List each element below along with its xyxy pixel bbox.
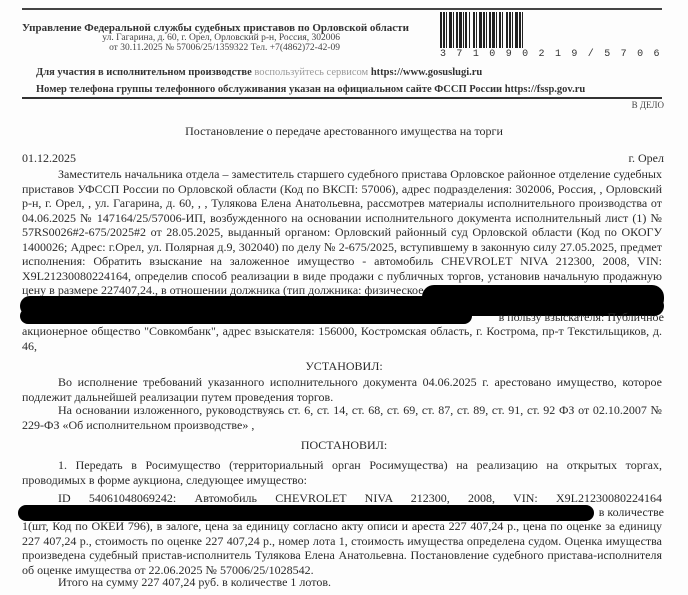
barcode-digit: 2 bbox=[539, 49, 546, 60]
property-details: 1(шт, Код по ОКЕИ 796), в залоге, цена з… bbox=[22, 519, 662, 577]
header-rule bbox=[22, 8, 662, 10]
barcode-digit: 0 bbox=[637, 49, 644, 60]
stamp-label: В ДЕЛО bbox=[632, 100, 664, 110]
registration-line: от 30.11.2025 № 57006/25/1359322 Тел. +7… bbox=[22, 43, 340, 53]
barcode-digit: 0 bbox=[489, 49, 496, 60]
intro-paragraph: Заместитель начальника отдела – заместит… bbox=[22, 167, 662, 298]
creditor-paragraph: акционерное общество "Совкомбанк", адрес… bbox=[22, 324, 662, 353]
established-paragraph: Во исполнение требований указанного испо… bbox=[22, 375, 662, 404]
barcode-digit: 6 bbox=[653, 49, 660, 60]
established-heading: УСТАНОВИЛ: bbox=[0, 359, 688, 374]
barcode-digit: 7 bbox=[621, 49, 628, 60]
barcode-digit: 7 bbox=[456, 49, 463, 60]
document-city: г. Орел bbox=[628, 151, 664, 166]
barcode bbox=[440, 12, 660, 48]
address-line: ул. Гагарина, д. 60, г. Орел, Орловский … bbox=[22, 33, 340, 43]
resolved-heading: ПОСТАНОВИЛ: bbox=[0, 438, 688, 453]
service-notice: Для участия в исполнительном производств… bbox=[36, 67, 482, 78]
barcode-digit: 1 bbox=[473, 49, 480, 60]
header-divider bbox=[22, 97, 662, 99]
document-date: 01.12.2025 bbox=[22, 151, 76, 166]
barcode-digit: 1 bbox=[555, 49, 562, 60]
barcode-number: 371090219/5706 bbox=[440, 49, 660, 60]
property-line: ID 54061048069242: Автомобиль CHEVROLET … bbox=[22, 491, 662, 506]
barcode-digit: 9 bbox=[571, 49, 578, 60]
phone-notice: Номер телефона группы телефонного обслуж… bbox=[36, 84, 585, 95]
item-1-paragraph: 1. Передать в Росимущество (территориаль… bbox=[22, 458, 662, 487]
quantity-tail: в количестве bbox=[596, 505, 664, 520]
barcode-digit: 3 bbox=[440, 49, 447, 60]
barcode-digit: 9 bbox=[506, 49, 513, 60]
total-line: Итого на сумму 227 407,24 руб. в количес… bbox=[22, 575, 662, 590]
legal-basis-paragraph: На основании изложенного, руководствуясь… bbox=[22, 403, 662, 432]
gosuslugi-link[interactable]: https://www.gosuslugi.ru bbox=[371, 67, 482, 78]
creditor-tail: в пользу взыскателя: Публичное bbox=[477, 310, 664, 325]
barcode-digit: / bbox=[588, 49, 595, 60]
organization-address: ул. Гагарина, д. 60, г. Орел, Орловский … bbox=[22, 33, 340, 53]
redaction-block bbox=[20, 308, 472, 324]
barcode-digit: 0 bbox=[522, 49, 529, 60]
document-title: Постановление о передаче арестованного и… bbox=[0, 124, 688, 139]
barcode-digit: 5 bbox=[604, 49, 611, 60]
barcode-bar bbox=[523, 12, 525, 48]
